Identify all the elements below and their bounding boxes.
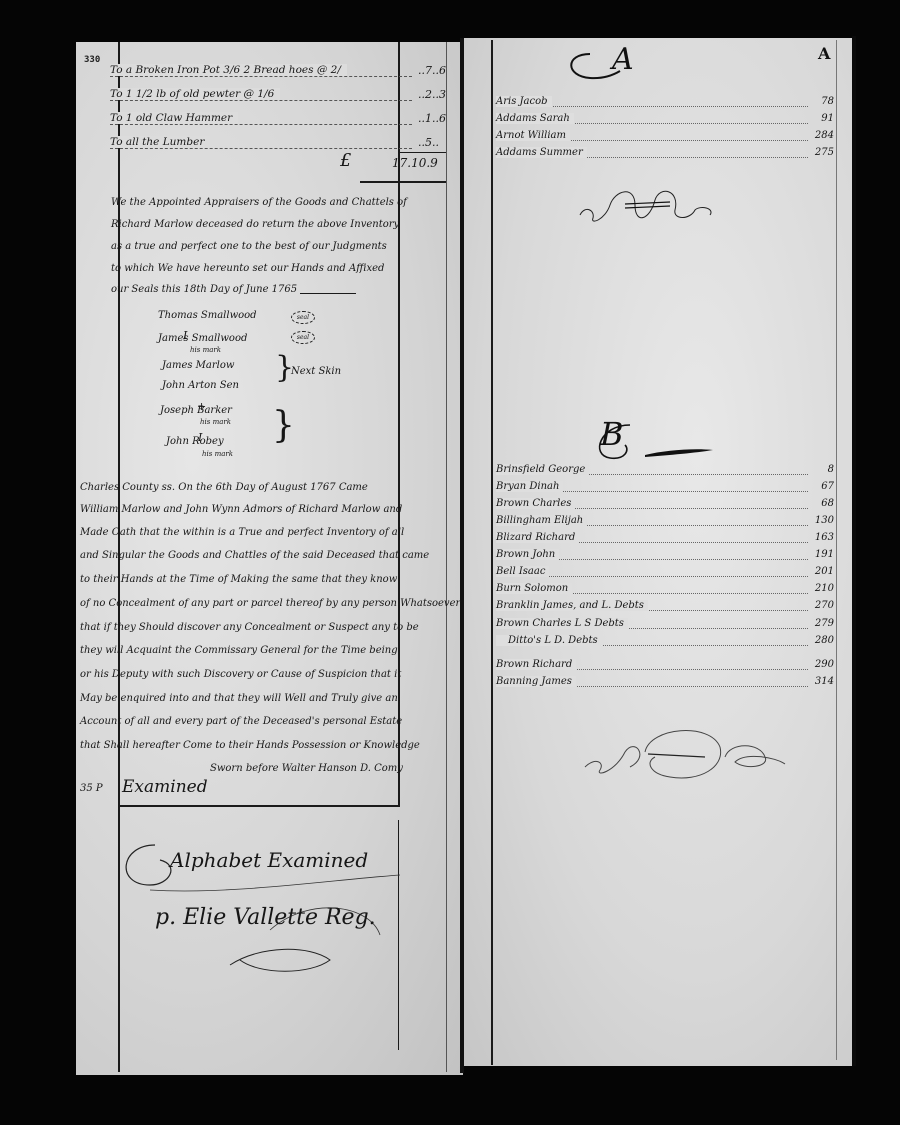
total-top-rule xyxy=(400,152,446,153)
index-name: Brown Charles xyxy=(496,498,575,509)
index-page: 314 xyxy=(808,676,834,687)
index-entry: Arnot William 284 xyxy=(496,130,834,144)
index-entry: Brown Charles L S Debts 279 xyxy=(496,618,834,632)
leader-line xyxy=(110,124,412,125)
index-name: Brinsfield George xyxy=(496,464,589,475)
index-name: Banning James xyxy=(496,676,576,687)
section-letter-b: B xyxy=(600,415,624,453)
index-entry: Bryan Dinah 67 xyxy=(496,481,834,495)
folio-number: 330 xyxy=(84,55,100,65)
index-name: Brown John xyxy=(496,549,559,560)
index-name: Brown Charles L S Debts xyxy=(496,618,628,629)
index-entry: Burn Solomon 210 xyxy=(496,583,834,597)
certificate-line: our Seals this 18th Day of June 1765 xyxy=(111,284,297,295)
inventory-item: To a Broken Iron Pot 3/6 2 Bread hoes @ … xyxy=(110,64,412,80)
sworn-before: Sworn before Walter Hanson D. Comy xyxy=(210,763,403,774)
examiner-signature: p. Elie Vallette Reg. xyxy=(155,905,376,930)
oath-bottom-rule xyxy=(118,805,400,807)
signatory-name: John Robey xyxy=(166,436,224,447)
signatory-mark-label: his mark xyxy=(190,346,221,354)
right-page-edge xyxy=(852,36,856,1066)
item-amount: ..5.. xyxy=(418,136,460,149)
total-bottom-rule xyxy=(360,181,446,183)
corner-letter: A xyxy=(818,44,830,63)
oath-line: that if they Should discover any Conceal… xyxy=(80,622,460,633)
index-name: Aris Jacob xyxy=(496,96,552,107)
next-of-kin-label: Next Skin xyxy=(291,366,341,377)
index-entry: Brown Charles 68 xyxy=(496,498,834,512)
wax-seal-icon: seal xyxy=(291,311,315,324)
item-amount: ..7..6 xyxy=(418,64,460,77)
index-name: Bryan Dinah xyxy=(496,481,563,492)
brace-icon: } xyxy=(272,405,295,446)
oath-line: or his Deputy with such Discovery or Cau… xyxy=(80,669,460,680)
index-name: Branklin James, and L. Debts xyxy=(496,600,648,611)
certificate-line: to which We have hereunto set our Hands … xyxy=(111,263,384,274)
oath-line: Made Oath that the within is a True and … xyxy=(80,527,460,538)
inventory-item: To 1 old Claw Hammer xyxy=(110,112,412,128)
item-amount: ..1..6 xyxy=(418,112,460,125)
index-page: 78 xyxy=(808,96,834,107)
pound-sign: £ xyxy=(340,150,351,171)
index-page: 91 xyxy=(808,113,834,124)
certificate-line: We the Appointed Appraisers of the Goods… xyxy=(111,197,407,208)
item-description: To a Broken Iron Pot 3/6 2 Bread hoes @ … xyxy=(110,64,347,76)
inventory-item: To 1 1/2 lb of old pewter @ 1/6 xyxy=(110,88,412,104)
index-page: 275 xyxy=(808,147,834,158)
item-description: To 1 1/2 lb of old pewter @ 1/6 xyxy=(110,88,280,100)
signatory-name: James Marlow xyxy=(162,360,234,371)
index-name: Brown Richard xyxy=(496,659,576,670)
item-description: To 1 old Claw Hammer xyxy=(110,112,238,124)
index-entry: Billingham Elijah 130 xyxy=(496,515,834,529)
index-page: 280 xyxy=(808,635,834,646)
oath-line: Charles County ss. On the 6th Day of Aug… xyxy=(80,482,460,493)
index-name: Burn Solomon xyxy=(496,583,572,594)
oath-line: they will Acquaint the Commissary Genera… xyxy=(80,645,460,656)
leader-line xyxy=(110,100,412,101)
book-gutter xyxy=(460,38,464,1073)
index-name: Ditto's L D. Debts xyxy=(496,635,602,646)
total-amount: 17.10.9 xyxy=(392,156,438,170)
index-name: Blizard Richard xyxy=(496,532,579,543)
index-entry: Blizard Richard 163 xyxy=(496,532,834,546)
right-margin-rule xyxy=(491,40,493,1065)
oath-line: and Singular the Goods and Chattles of t… xyxy=(80,550,460,561)
inventory-item: To all the Lumber xyxy=(110,136,412,152)
index-page: 290 xyxy=(808,659,834,670)
item-description: To all the Lumber xyxy=(110,136,210,148)
oath-line: Account of all and every part of the Dec… xyxy=(80,716,460,727)
index-page: 163 xyxy=(808,532,834,543)
index-entry: Banning James 314 xyxy=(496,676,834,690)
margin-note: 35 P xyxy=(80,783,103,794)
index-name: Billingham Elijah xyxy=(496,515,587,526)
index-page: 284 xyxy=(808,130,834,141)
signatory-mark-glyph: I xyxy=(198,431,202,444)
signatory-mark-glyph: I xyxy=(183,329,187,342)
alphabet-examined: Alphabet Examined xyxy=(170,848,368,872)
leader-line xyxy=(110,76,412,77)
index-page: 130 xyxy=(808,515,834,526)
oath-line: May be enquired into and that they will … xyxy=(80,693,460,704)
oath-line: that Shall hereafter Come to their Hands… xyxy=(80,740,460,751)
index-name: Bell Isaac xyxy=(496,566,549,577)
index-entry: Aris Jacob 78 xyxy=(496,96,834,110)
signatory-name: Joseph Barker xyxy=(160,405,232,416)
index-entry: Brinsfield George 8 xyxy=(496,464,834,478)
index-entry: Brown Richard 290 xyxy=(496,659,834,673)
index-entry: Addams Sarah 91 xyxy=(496,113,834,127)
examined-signature: Examined xyxy=(122,777,208,797)
index-page: 279 xyxy=(808,618,834,629)
index-entry: Bell Isaac 201 xyxy=(496,566,834,580)
index-entry: Branklin James, and L. Debts 270 xyxy=(496,600,834,614)
section-end-flourish-icon xyxy=(570,722,800,787)
index-entry: Brown John 191 xyxy=(496,549,834,563)
oath-line: to their Hands at the Time of Making the… xyxy=(80,574,460,585)
index-page: 270 xyxy=(808,600,834,611)
index-page: 68 xyxy=(808,498,834,509)
certificate-line: Richard Marlow deceased do return the ab… xyxy=(111,219,399,230)
signatory-mark-glyph: + xyxy=(197,400,206,413)
oath-line: of no Concealment of any part or parcel … xyxy=(80,598,460,609)
index-entry: Addams Summer 275 xyxy=(496,147,834,161)
index-name: Arnot William xyxy=(496,130,570,141)
index-name: Addams Summer xyxy=(496,147,587,158)
index-page: 191 xyxy=(808,549,834,560)
index-page: 8 xyxy=(808,464,834,475)
right-outer-rule xyxy=(836,40,837,1060)
signatory-mark-label: his mark xyxy=(202,450,233,458)
certificate-end-line xyxy=(300,293,356,294)
wax-seal-icon: seal xyxy=(291,331,315,344)
index-entry: Ditto's L D. Debts 280 xyxy=(496,635,834,649)
signatory-mark-label: his mark xyxy=(200,418,231,426)
item-amount: ..2..3 xyxy=(418,88,460,101)
leader-line xyxy=(110,148,412,149)
signatory-name: Thomas Smallwood xyxy=(158,310,257,321)
certificate-line: as a true and perfect one to the best of… xyxy=(111,241,387,252)
index-page: 67 xyxy=(808,481,834,492)
signatory-name: John Arton Sen xyxy=(162,380,239,391)
index-page: 201 xyxy=(808,566,834,577)
index-page: 210 xyxy=(808,583,834,594)
index-name: Addams Sarah xyxy=(496,113,574,124)
oath-line: William Marlow and John Wynn Admors of R… xyxy=(80,504,460,515)
section-end-flourish-icon xyxy=(575,180,725,230)
section-letter-a: A xyxy=(612,42,634,77)
signatory-name: James Smallwood xyxy=(158,333,247,344)
